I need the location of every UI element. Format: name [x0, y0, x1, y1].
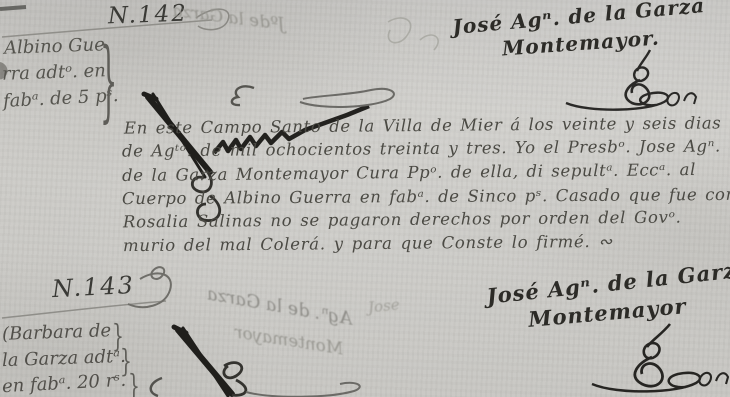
- entry-line-4: Cuerpo de Albino Guerra en fabᵃ. de Sinc…: [122, 185, 730, 208]
- margin-note-142-line2: rra adtᵒ. en: [2, 60, 106, 85]
- entry-line-2: de Agᵗᵒ. de mil ochocientos treinta y tr…: [122, 136, 721, 160]
- flourish-143-loop: [151, 267, 164, 279]
- margin-note-143-line3: en fabᵃ. 20 rˢ.: [2, 370, 127, 397]
- rubric-bottom: [592, 324, 728, 391]
- margin-note-143-line1: (Barbara de: [2, 320, 112, 345]
- entry-line-6: murio del mal Colerá. y para que Conste …: [123, 232, 613, 255]
- manuscript-page: N.142 Albino Gue rra adtᵒ. en fabᵃ. de 5…: [0, 0, 730, 397]
- margin-brace-143-3: }: [128, 370, 140, 397]
- record-number-143: N.143: [51, 271, 135, 303]
- bleed-text-bottom-line2: Montemayor: [233, 323, 344, 360]
- edge-smudge-top-left: [0, 7, 26, 9]
- bleed-loops-top: [388, 18, 438, 50]
- entry-line-5: Rosalia Salinas no se pagaron derechos p…: [123, 208, 682, 232]
- underline-143: [2, 301, 166, 318]
- bleed-text-top: Jºde la Garza: [171, 1, 286, 35]
- margin-note-143-line2: la Garza adtᵃ.: [2, 346, 127, 371]
- bleed-text-fragment: Jose: [367, 295, 400, 316]
- rubric-top: [566, 50, 696, 110]
- margin-brace-142: }: [100, 30, 117, 134]
- entry-line-1: En este Campo Santo de la Villa de Mier …: [124, 113, 721, 137]
- entry-line-3: de la Garza Montemayor Cura Ppᵒ. de ella…: [122, 160, 696, 185]
- bleed-text-bottom-line1: Agⁿ. de la Garza: [205, 283, 354, 329]
- margin-note-142-line1: Albino Gue: [4, 34, 105, 59]
